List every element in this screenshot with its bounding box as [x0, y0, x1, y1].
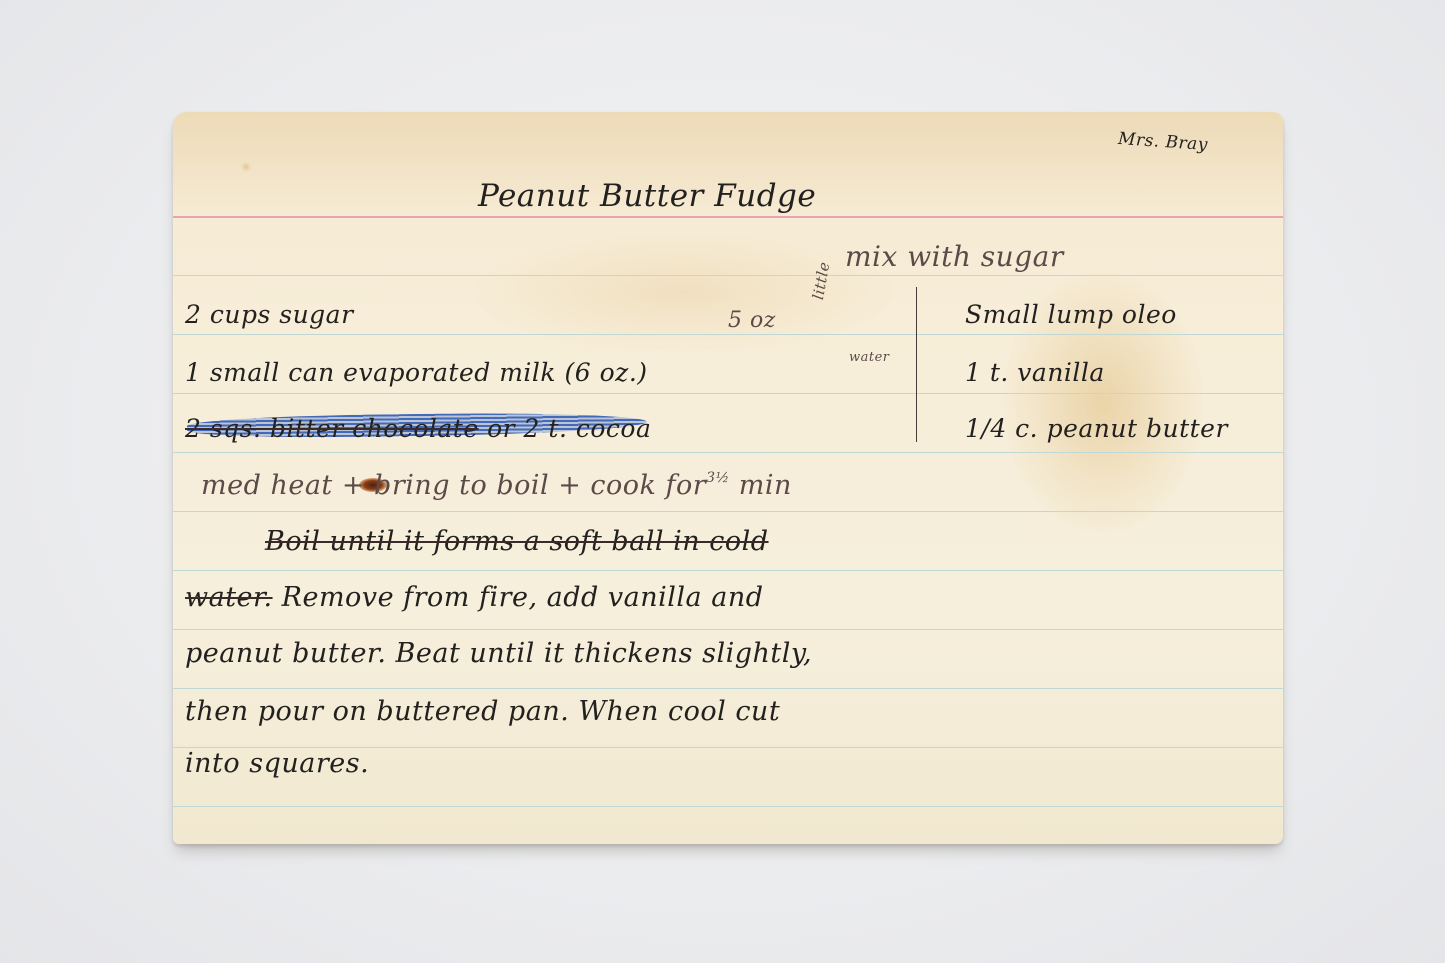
cocoa-alternative: or 2 t. cocoa: [479, 414, 652, 443]
direction-line-2-text: Remove from fire, add vanilla and: [273, 582, 764, 613]
instruction-time: 3½: [706, 470, 729, 486]
ingredient-evaporated-milk: 1 small can evaporated milk (6 oz.): [185, 358, 648, 387]
pencil-cooking-instruction: med heat + bring to boil + cook for3½ mi…: [201, 470, 792, 501]
direction-line-5: into squares.: [185, 748, 369, 779]
ingredient-vanilla: 1 t. vanilla: [965, 358, 1105, 387]
margin-note-water: water: [849, 350, 890, 365]
instruction-unit: min: [739, 470, 792, 501]
recipe-card: Mrs. Bray Peanut Butter Fudge mix with s…: [173, 112, 1283, 844]
blue-rule-4: [173, 452, 1283, 453]
blue-rule-5: [173, 511, 1283, 512]
ingredient-peanut-butter: 1/4 c. peanut butter: [965, 414, 1228, 443]
margin-bracket: [908, 287, 917, 442]
ingredient-chocolate-or-cocoa: 2 sqs. bitter chocolate or 2 t. cocoa: [185, 414, 651, 443]
note-mix-with-sugar: mix with sugar: [845, 240, 1064, 273]
ingredient-oleo: Small lump oleo: [965, 300, 1177, 329]
blue-rule-6: [173, 570, 1283, 571]
margin-note-amount: 5 oz: [728, 308, 776, 333]
blue-rule-2: [173, 334, 1283, 335]
direction-line-2: water. Remove from fire, add vanilla and: [185, 582, 764, 613]
stain-small-left: [241, 162, 251, 172]
blue-rule-7: [173, 629, 1283, 630]
direction-line-3: peanut butter. Beat until it thickens sl…: [185, 638, 812, 669]
struck-water: water.: [185, 582, 273, 613]
instruction-text: med heat + bring to boil + cook for: [201, 470, 706, 501]
blue-rule-1: [173, 275, 1283, 276]
ingredient-sugar: 2 cups sugar: [185, 300, 354, 329]
blue-rule-8: [173, 688, 1283, 689]
direction-struck-line: Boil until it forms a soft ball in cold: [265, 526, 769, 557]
blue-rule-10: [173, 806, 1283, 807]
red-header-rule: [173, 216, 1283, 218]
struck-bitter-chocolate: 2 sqs. bitter chocolate: [185, 414, 479, 443]
recipe-title: Peanut Butter Fudge: [478, 178, 816, 214]
direction-line-4: then pour on buttered pan. When cool cut: [185, 696, 780, 727]
blue-rule-3: [173, 393, 1283, 394]
